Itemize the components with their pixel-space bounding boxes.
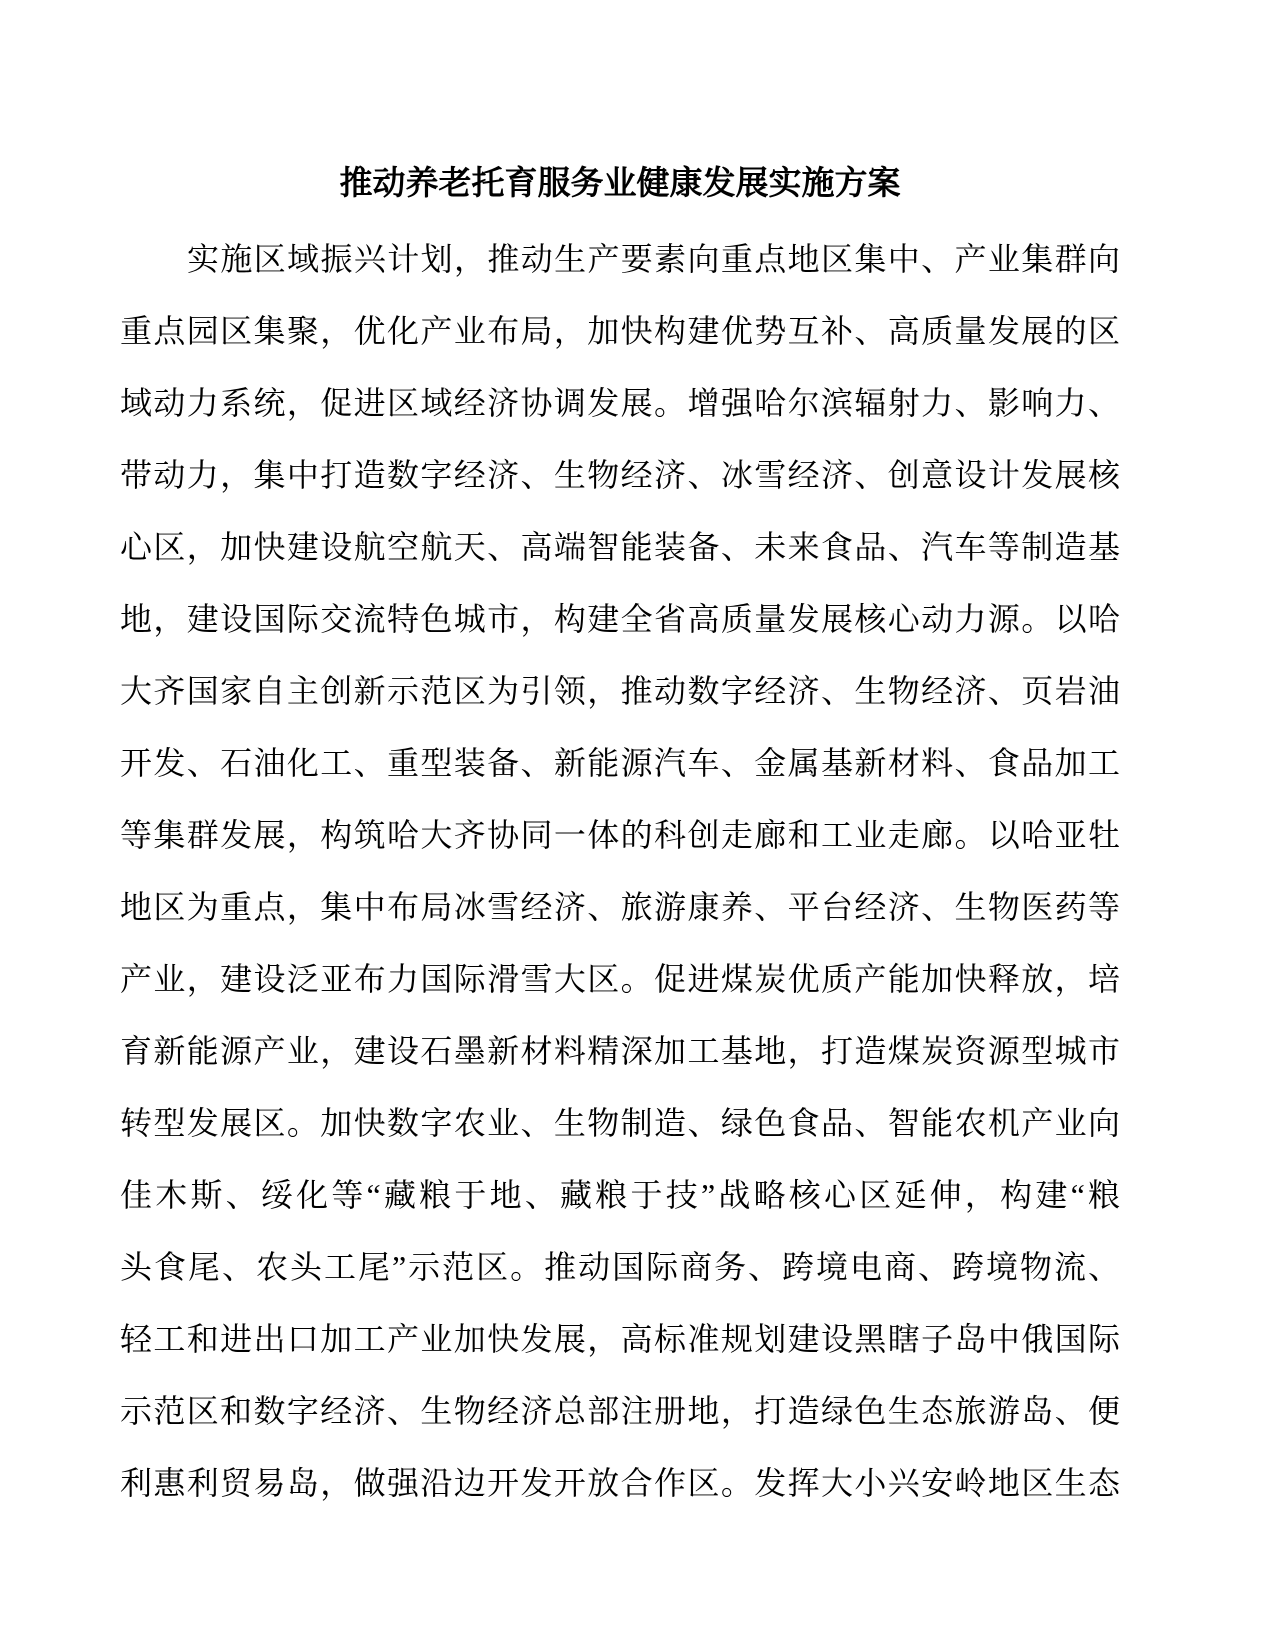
body-line-15: 头食尾、农头工尾”示范区。推动国际商务、跨境电商、跨境物流、 — [120, 1231, 1120, 1303]
body-line-6: 地，建设国际交流特色城市，构建全省高质量发展核心动力源。以哈 — [120, 583, 1120, 655]
body-line-2: 重点园区集聚，优化产业布局，加快构建优势互补、高质量发展的区 — [120, 295, 1120, 367]
body-line-10: 地区为重点，集中布局冰雪经济、旅游康养、平台经济、生物医药等 — [120, 871, 1120, 943]
body-line-3: 域动力系统，促进区域经济协调发展。增强哈尔滨辐射力、影响力、 — [120, 367, 1120, 439]
body-line-1: 实施区域振兴计划，推动生产要素向重点地区集中、产业集群向 — [120, 223, 1120, 295]
body-line-16: 轻工和进出口加工产业加快发展，高标准规划建设黑瞎子岛中俄国际 — [120, 1303, 1120, 1375]
body-line-12: 育新能源产业，建设石墨新材料精深加工基地，打造煤炭资源型城市 — [120, 1015, 1120, 1087]
body-line-9: 等集群发展，构筑哈大齐协同一体的科创走廊和工业走廊。以哈亚牡 — [120, 799, 1120, 871]
body-line-11: 产业，建设泛亚布力国际滑雪大区。促进煤炭优质产能加快释放，培 — [120, 943, 1120, 1015]
body-line-4: 带动力，集中打造数字经济、生物经济、冰雪经济、创意设计发展核 — [120, 439, 1120, 511]
body-line-14: 佳木斯、绥化等“藏粮于地、藏粮于技”战略核心区延伸，构建“粮 — [120, 1159, 1120, 1231]
document-title: 推动养老托育服务业健康发展实施方案 — [120, 161, 1120, 207]
body-line-18: 利惠利贸易岛，做强沿边开发开放合作区。发挥大小兴安岭地区生态 — [120, 1447, 1120, 1519]
body-line-5: 心区，加快建设航空航天、高端智能装备、未来食品、汽车等制造基 — [120, 511, 1120, 583]
body-line-8: 开发、石油化工、重型装备、新能源汽车、金属基新材料、食品加工 — [120, 727, 1120, 799]
body-line-7: 大齐国家自主创新示范区为引领，推动数字经济、生物经济、页岩油 — [120, 655, 1120, 727]
document-body: 实施区域振兴计划，推动生产要素向重点地区集中、产业集群向 重点园区集聚，优化产业… — [120, 223, 1120, 1519]
body-line-17: 示范区和数字经济、生物经济总部注册地，打造绿色生态旅游岛、便 — [120, 1375, 1120, 1447]
body-line-13: 转型发展区。加快数字农业、生物制造、绿色食品、智能农机产业向 — [120, 1087, 1120, 1159]
document-page: 推动养老托育服务业健康发展实施方案 实施区域振兴计划，推动生产要素向重点地区集中… — [0, 0, 1275, 1650]
